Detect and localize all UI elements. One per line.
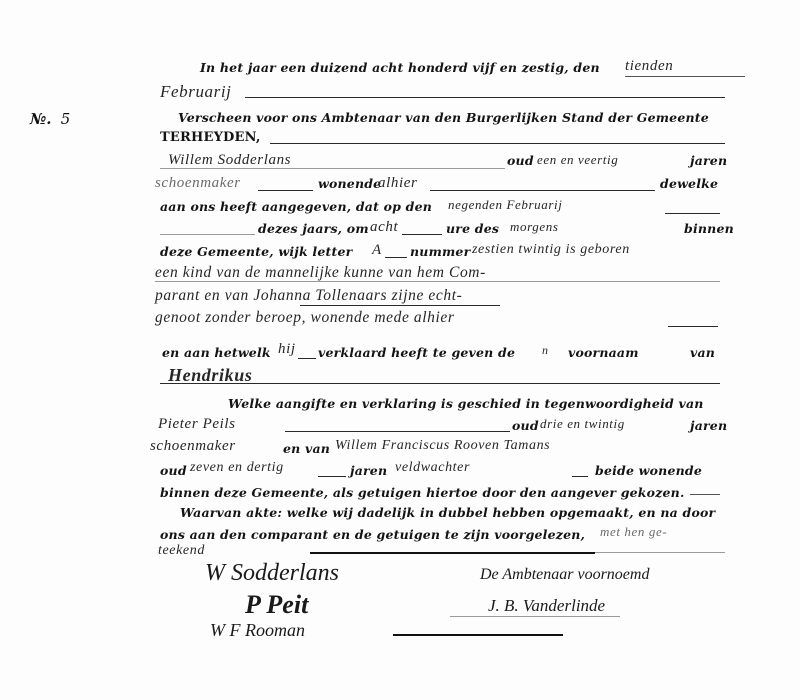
oud-label: oud bbox=[512, 418, 539, 433]
fill-rule bbox=[572, 476, 588, 477]
signature-comparant: W Sodderlans bbox=[205, 560, 339, 587]
fill-rule bbox=[690, 494, 720, 495]
line-8-printed-c: binnen bbox=[684, 221, 734, 236]
witness2-name-handwritten: Willem Franciscus Rooven Tamans bbox=[335, 438, 550, 454]
line-11-handwritten: parant en van Johanna Tollenaars zijne e… bbox=[155, 287, 462, 305]
witness2-occupation-handwritten: veldwachter bbox=[395, 460, 470, 476]
declarant-residence-handwritten: alhier bbox=[378, 175, 417, 192]
birth-date-handwritten: negenden Februarij bbox=[448, 197, 562, 213]
fill-rule bbox=[402, 234, 442, 235]
dewelke-label: dewelke bbox=[660, 176, 718, 191]
line-12-handwritten: genoot zonder beroep, wonende mede alhie… bbox=[155, 309, 455, 327]
line-1-printed: In het jaar een duizend acht honderd vij… bbox=[200, 60, 600, 75]
fill-rule bbox=[385, 257, 407, 258]
fill-rule bbox=[318, 476, 346, 477]
closing-rule bbox=[310, 552, 595, 554]
signature-witness2: W F Rooman bbox=[210, 620, 305, 641]
fill-rule bbox=[160, 383, 720, 384]
line-13-printed-c: voornaam bbox=[568, 345, 639, 360]
line-2-month-handwritten: Februarij bbox=[160, 82, 232, 102]
fill-rule bbox=[625, 76, 745, 77]
fill-rule bbox=[285, 431, 510, 432]
fill-rule bbox=[258, 190, 313, 191]
signature-witness1: P Peit bbox=[245, 590, 308, 620]
plural-suffix-handwritten: n bbox=[542, 343, 549, 358]
oud-label: oud bbox=[507, 153, 534, 168]
signature-rule bbox=[393, 634, 563, 636]
act-number-value: 5 bbox=[61, 110, 71, 128]
jaren-label: jaren bbox=[690, 418, 727, 433]
act-number: №. 5 bbox=[30, 110, 70, 128]
time-of-day-handwritten: morgens bbox=[510, 219, 559, 235]
signature-official-name: J. B. Vanderlinde bbox=[488, 596, 605, 616]
line-10-handwritten: een kind van de mannelijke kunne van hem… bbox=[155, 264, 486, 282]
jaren-label: jaren bbox=[690, 153, 727, 168]
ward-letter-handwritten: A bbox=[372, 242, 382, 259]
fill-rule bbox=[298, 358, 316, 359]
line-22-handwritten: teekend bbox=[158, 543, 205, 559]
line-3-printed: Verscheen voor ons Ambtenaar van den Bur… bbox=[178, 110, 709, 125]
closing-rule bbox=[595, 552, 725, 553]
line-7-printed: aan ons heeft aangegeven, dat op den bbox=[160, 199, 432, 214]
line-9-printed-b: nummer bbox=[410, 244, 470, 259]
fill-rule bbox=[245, 97, 725, 98]
witness1-name-handwritten: Pieter Peils bbox=[158, 416, 236, 433]
line-20-printed: Waarvan akte: welke wij dadelijk in dubb… bbox=[180, 505, 715, 520]
line-1-day-handwritten: tienden bbox=[625, 58, 673, 75]
line-21-handwritten: met hen ge- bbox=[600, 524, 667, 540]
witness1-age-handwritten: drie en twintig bbox=[540, 416, 625, 432]
wonende-label: wonende bbox=[318, 176, 381, 191]
declarant-name-handwritten: Willem Sodderlans bbox=[168, 152, 291, 169]
fill-rule bbox=[155, 281, 720, 282]
jaren-label: jaren bbox=[350, 463, 387, 478]
line-13-printed-b: verklaard heeft te geven de bbox=[318, 345, 515, 360]
signature-rule bbox=[450, 616, 620, 617]
oud-label: oud bbox=[160, 463, 187, 478]
line-13-printed-a: en aan hetwelk bbox=[162, 345, 271, 360]
fill-rule bbox=[668, 326, 718, 327]
witness2-age-handwritten: zeven en dertig bbox=[190, 460, 284, 476]
fill-rule bbox=[160, 168, 505, 169]
fill-rule bbox=[160, 234, 255, 235]
line-17-printed: en van bbox=[283, 441, 330, 456]
signature-official-title: De Ambtenaar voornoemd bbox=[480, 566, 649, 584]
house-number-handwritten: zestien twintig is geboren bbox=[472, 242, 630, 258]
pronoun-handwritten: hij bbox=[278, 341, 296, 358]
mother-name-underline bbox=[300, 305, 500, 306]
line-21-printed: ons aan den comparant en de getuigen te … bbox=[160, 527, 585, 542]
line-8-printed-b: ure des bbox=[446, 221, 499, 236]
line-8-printed-a: dezes jaars, om bbox=[258, 221, 369, 236]
act-number-label: №. bbox=[30, 110, 52, 128]
fill-rule bbox=[665, 213, 720, 214]
declarant-age-handwritten: een en veertig bbox=[537, 152, 618, 168]
line-13-printed-d: van bbox=[690, 345, 715, 360]
birth-hour-handwritten: acht bbox=[370, 219, 398, 236]
line-9-printed-a: deze Gemeente, wijk letter bbox=[160, 244, 352, 259]
declarant-occupation-handwritten: schoenmaker bbox=[155, 175, 241, 192]
fill-rule bbox=[270, 143, 725, 144]
civil-registry-birth-certificate: №. 5 In het jaar een duizend acht honder… bbox=[0, 0, 800, 700]
fill-rule bbox=[430, 190, 655, 191]
witness1-occupation-handwritten: schoenmaker bbox=[150, 438, 236, 455]
line-19-printed: binnen deze Gemeente, als getuigen hiert… bbox=[160, 485, 685, 500]
municipality-name: TERHEYDEN, bbox=[160, 130, 261, 145]
line-18-printed: beide wonende bbox=[595, 463, 702, 478]
line-15-printed: Welke aangifte en verklaring is geschied… bbox=[228, 396, 704, 411]
